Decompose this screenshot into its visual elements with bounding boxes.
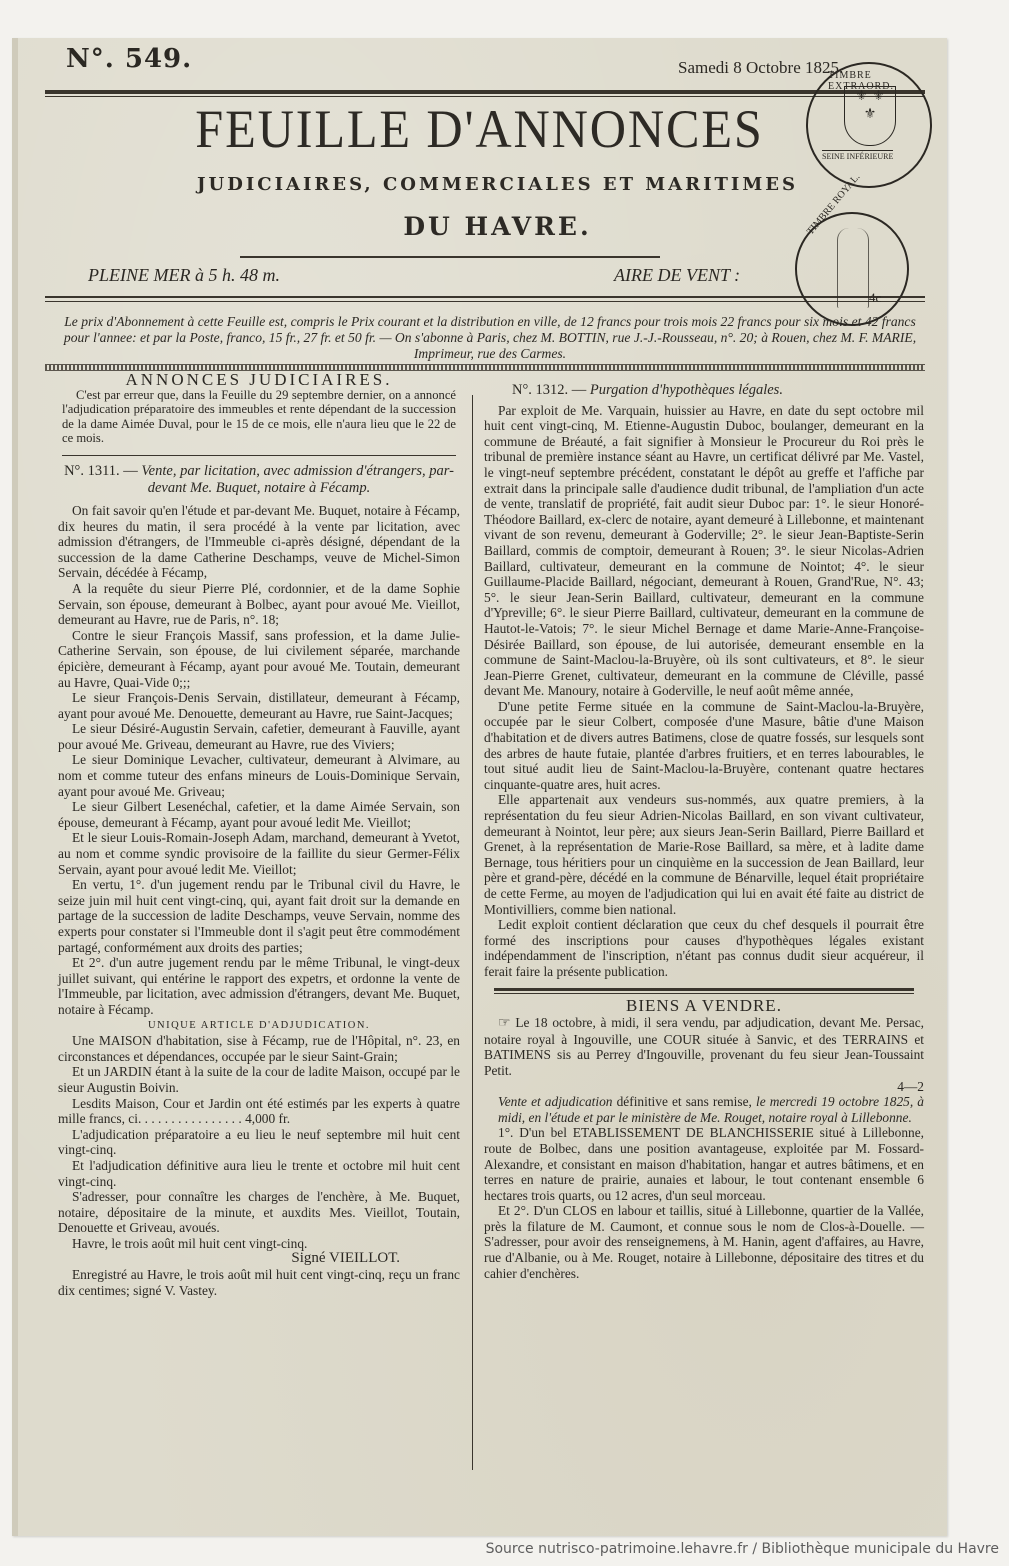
paragraph: S'adresser, pour connaître les charges d… [58,1189,460,1236]
header-rule-top-thin [45,96,925,97]
paragraph: D'une petite Ferme située en la commune … [484,699,924,793]
paragraph: L'adjudication préparatoire a eu lieu le… [58,1127,460,1158]
entry-1311-title: Vente, par licitation, avec admission d'… [141,463,454,496]
sale-notice-1: ☞ Le 18 octobre, à midi, il sera vendu, … [484,1015,924,1078]
tide-rule [45,296,925,298]
tide-rule-thin [45,301,925,302]
section-rule-thin [494,993,914,994]
fleur-de-lis-icon: ⚜ ⚜ ⚜ [844,86,896,146]
paragraph: Elle appartenait aux vendeurs sus-nommés… [484,792,924,917]
entry-1312-number: N°. 1312. — [512,382,586,398]
registration-note: Enregistré au Havre, le trois août mil h… [58,1267,460,1298]
paragraph: A la requête du sieur Pierre Plé, cordon… [58,581,460,628]
page-edge [12,38,18,1536]
newspaper-title: FEUILLE D'ANNONCES [45,98,915,160]
royal-stamp: TIMBRE ROYAL. 4c [795,212,909,326]
header-rule-top [45,90,925,94]
royal-stamp-value: 4c [869,290,881,306]
standing-figure-icon [837,228,869,308]
erratum-notice: C'est par erreur que, dans la Feuille du… [58,388,460,446]
section-rule [62,455,456,456]
column-divider [472,395,473,1470]
sale-notice-1-text: Le 18 octobre, à midi, il sera vendu, pa… [484,1015,924,1078]
left-column: ANNONCES JUDICIAIRES. C'est par erreur q… [58,372,460,1298]
tide-info: PLEINE MER à 5 h. 48 m. [88,265,280,286]
entry-1312-title: Purgation d'hypothèques légales. [590,382,783,398]
paragraph: Et le sieur Louis-Romain-Joseph Adam, ma… [58,830,460,877]
section-rule-thick [494,988,914,991]
right-column: N°. 1312. — Purgation d'hypothèques léga… [484,383,924,1281]
paragraph: Et l'adjudication définitive aura lieu l… [58,1158,460,1189]
sale-notice-2-intro: Vente et adjudication définitive et sans… [484,1094,924,1125]
signature: Signé VIEILLOT. [58,1251,460,1267]
paragraph: Lesdits Maison, Cour et Jardin ont été e… [58,1096,460,1127]
sale-2-intro-b: définitive et sans remise, [613,1094,756,1109]
paragraph: Contre le sieur François Massif, sans pr… [58,628,460,690]
paragraph: Le sieur François-Denis Servain, distill… [58,690,460,721]
sale-notice-2-item-2: Et 2°. D'un CLOS en labour et taillis, s… [484,1203,924,1281]
paragraph: Et 2°. d'un autre jugement rendu par le … [58,955,460,1017]
issue-number: N°. 549. [66,44,192,74]
stamp-label-bottom: SEINE INFÉRIEURE [822,150,893,161]
paragraph: Ledit exploit contient déclaration que c… [484,917,924,979]
erratum-text: C'est par erreur que, dans la Feuille du… [62,388,456,446]
newspaper-subtitle: JUDICIAIRES, COMMERCIALES ET MARITIMES [30,174,965,195]
paragraph: Le sieur Dominique Levacher, cultivateur… [58,752,460,799]
paragraph: Une MAISON d'habitation, sise à Fécamp, … [58,1033,460,1064]
source-credit: Source nutrisco-patrimoine.lehavre.fr / … [486,1541,999,1557]
paragraph: Et un JARDIN étant à la suite de la cour… [58,1064,460,1095]
subscription-notice: Le prix d'Abonnement à cette Feuille est… [60,314,920,362]
entry-1312-heading: N°. 1312. — Purgation d'hypothèques léga… [484,383,924,399]
pointing-hand-icon: ☞ [498,1016,511,1031]
sale-2-intro-a: Vente et adjudication [498,1094,613,1109]
paragraph: Le sieur Gilbert Lesenéchal, cafetier, e… [58,799,460,830]
entry-1311-number: N°. 1311. — [64,463,138,479]
masthead-rule [240,256,660,258]
paragraph: Par exploit de Me. Varquain, huissier au… [484,403,924,699]
paragraph: Havre, le trois août mil huit cent vingt… [58,1236,460,1252]
paragraph: Le sieur Désiré-Augustin Servain, cafeti… [58,721,460,752]
tax-stamp-extraordinaire: TIMBRE EXTRAORD. ⚜ ⚜ ⚜ SEINE INFÉRIEURE [806,62,932,188]
section-title-annonces-judiciaires: ANNONCES JUDICIAIRES. [58,372,460,388]
wind-info: AIRE DE VENT : [614,265,740,286]
paragraph: On fait savoir qu'en l'étude et par-deva… [58,503,460,581]
article-heading: UNIQUE ARTICLE D'ADJUDICATION. [58,1018,460,1034]
sale-notice-1-ref: 4—2 [484,1079,924,1095]
entry-1311-heading: N°. 1311. — Vente, par licitation, avec … [58,463,460,497]
sale-notice-2-item-1: 1°. D'un bel ETABLISSEMENT DE BLANCHISSE… [484,1125,924,1203]
section-title-biens-a-vendre: BIENS A VENDRE. [484,998,924,1014]
issue-date: Samedi 8 Octobre 1825. [678,58,843,78]
paragraph: En vertu, 1°. d'un jugement rendu par le… [58,877,460,955]
